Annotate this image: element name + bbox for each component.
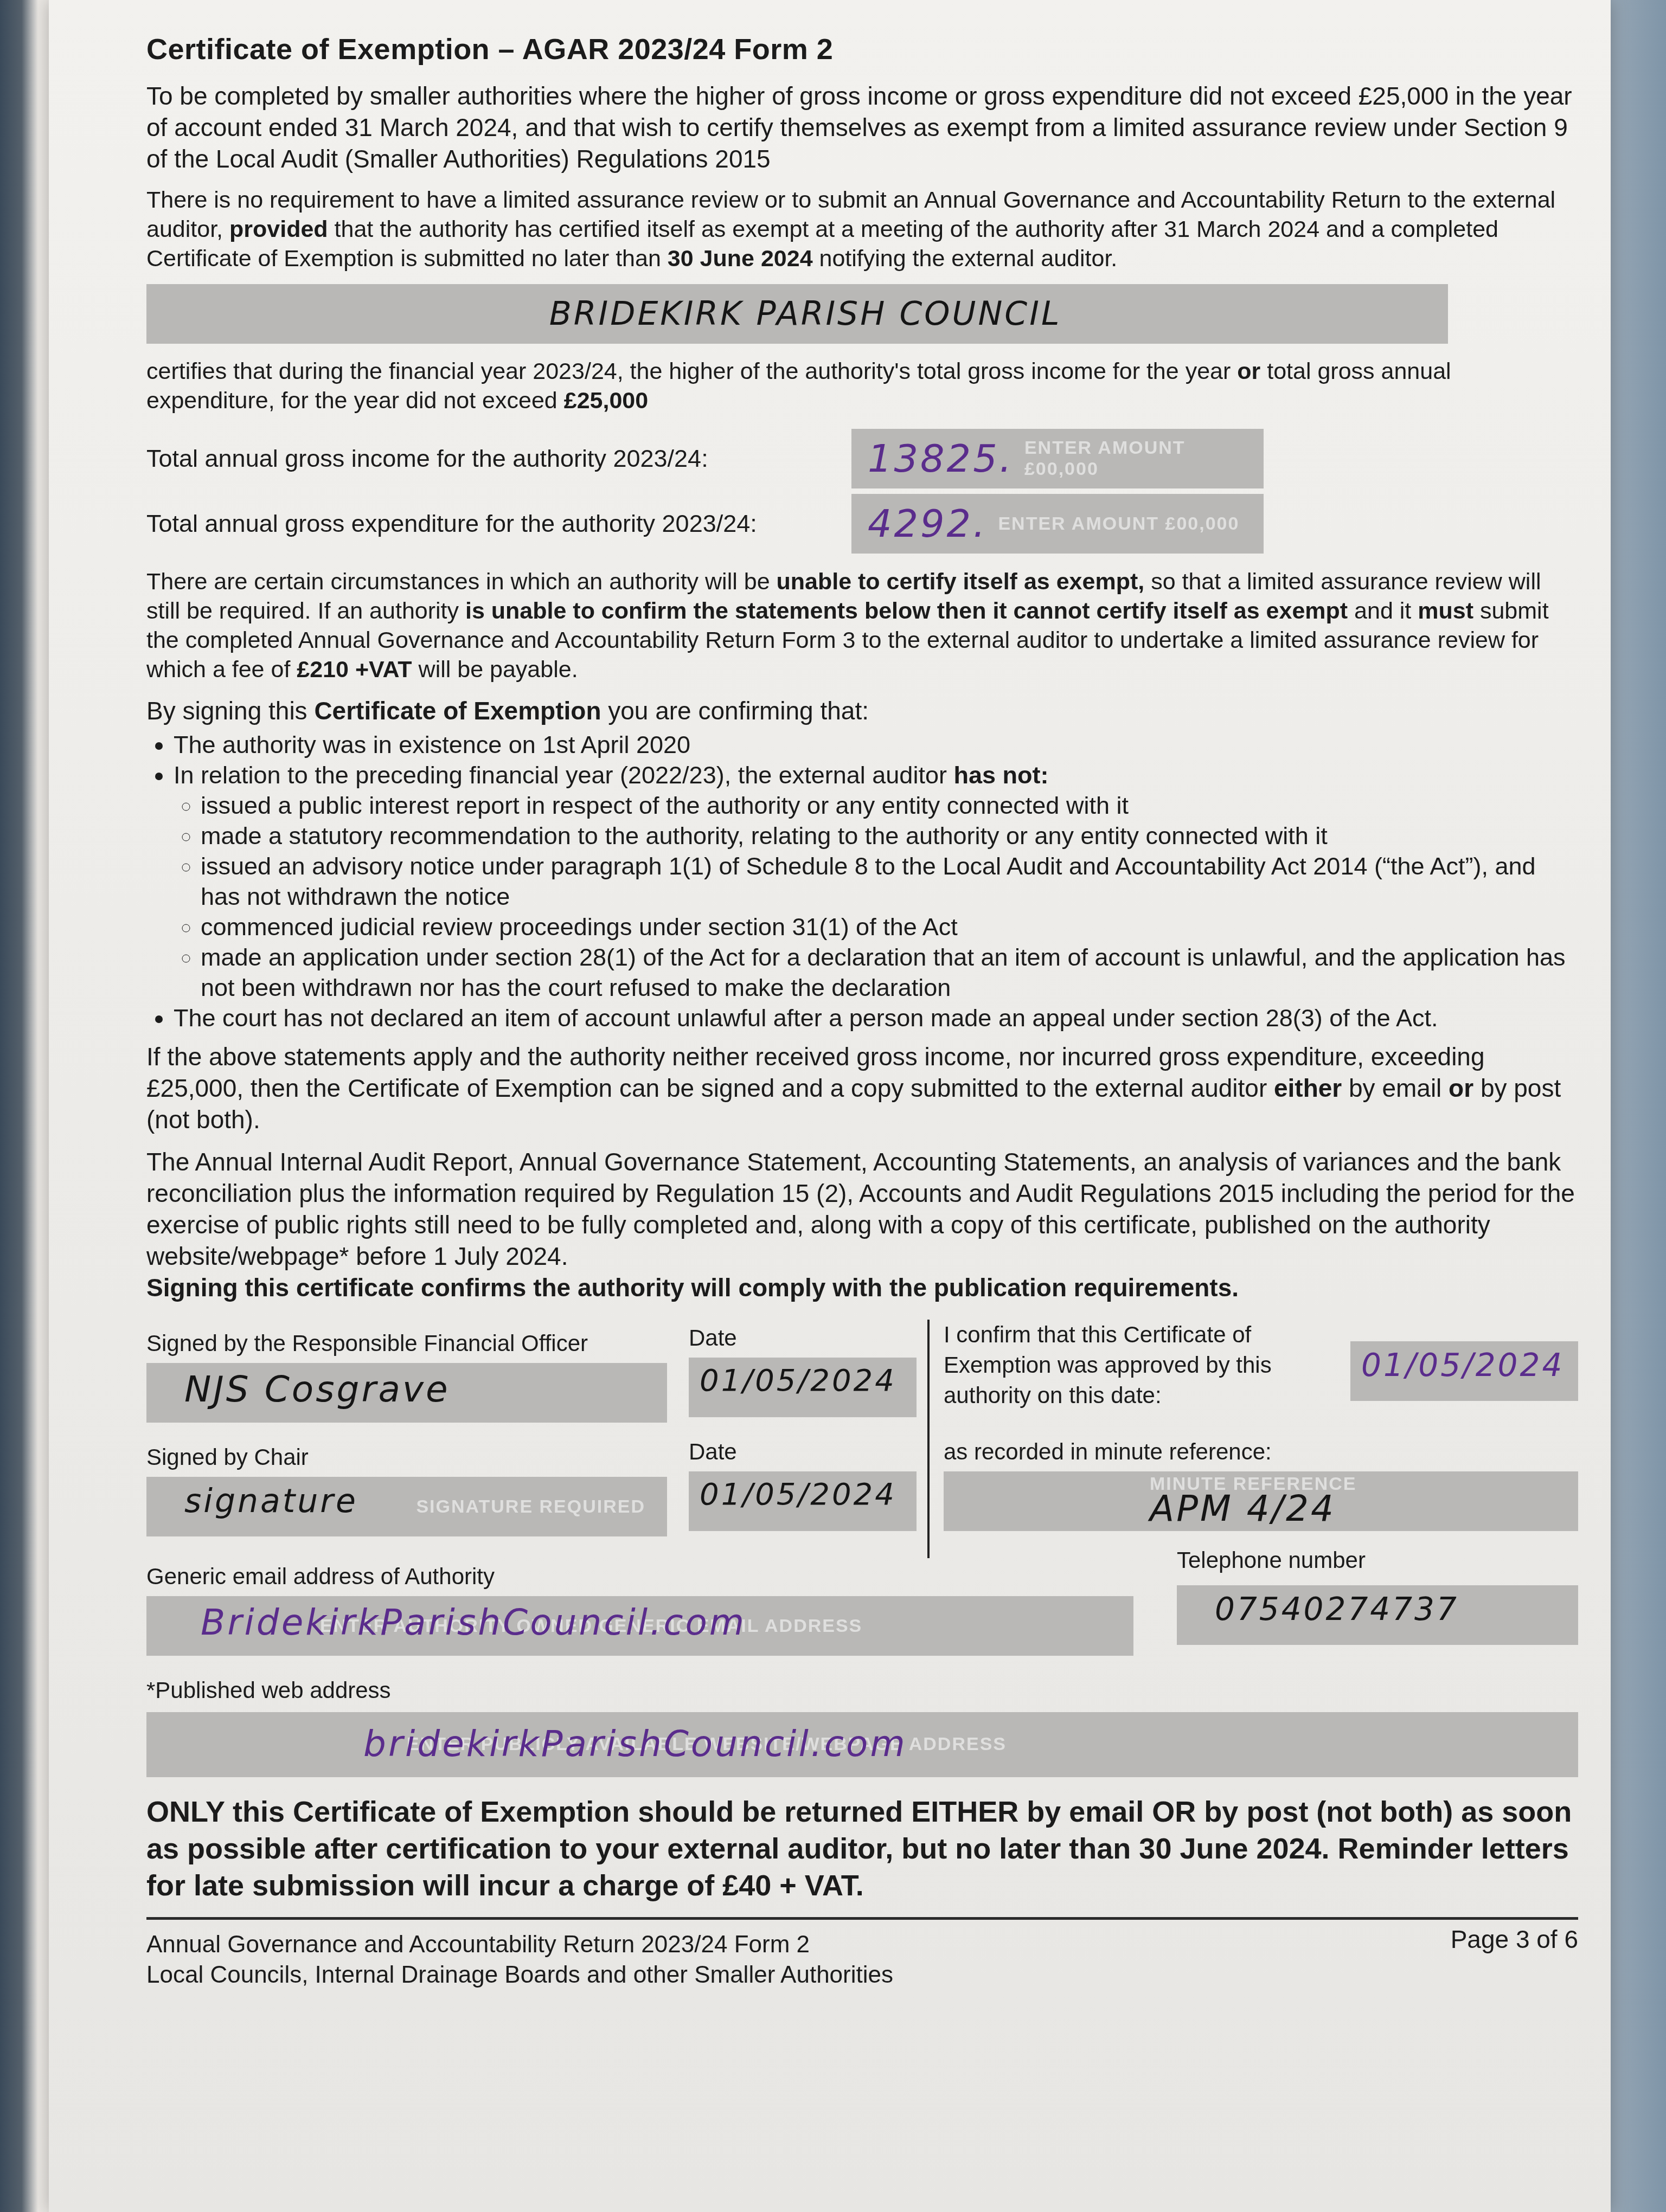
confirm-intro: By signing this Certificate of Exemption… bbox=[146, 695, 1578, 726]
chair-signature-field[interactable]: signature SIGNATURE REQUIRED bbox=[146, 1477, 667, 1536]
expenditure-row: Total annual gross expenditure for the a… bbox=[146, 491, 1578, 556]
minute-label: as recorded in minute reference: bbox=[944, 1439, 1272, 1465]
paper-sheet: Certificate of Exemption – AGAR 2023/24 … bbox=[49, 0, 1611, 2212]
chair-date-label: Date bbox=[689, 1439, 737, 1465]
rfo-signature: NJS Cosgrave bbox=[184, 1368, 450, 1410]
rfo-label: Signed by the Responsible Financial Offi… bbox=[146, 1330, 588, 1356]
minute-ref: APM 4/24 bbox=[1150, 1488, 1336, 1529]
page-number: Page 3 of 6 bbox=[1451, 1924, 1578, 1954]
auditor-sublist: issued a public interest report in respe… bbox=[174, 790, 1578, 1003]
publication-text: The Annual Internal Audit Report, Annual… bbox=[146, 1146, 1578, 1303]
approval-date-field[interactable]: 01/05/2024 bbox=[1350, 1341, 1578, 1401]
list-item: made a statutory recommendation to the a… bbox=[201, 821, 1578, 851]
list-item: The court has not declared an item of ac… bbox=[174, 1003, 1578, 1033]
footer-line-2: Local Councils, Internal Drainage Boards… bbox=[146, 1960, 1578, 1990]
chair-signature-placeholder: SIGNATURE REQUIRED bbox=[416, 1496, 645, 1517]
email-field[interactable]: ENTER AUTHORITY OWNED GENERIC EMAIL ADDR… bbox=[146, 1596, 1133, 1656]
circumstances-text: There are certain circumstances in which… bbox=[146, 567, 1578, 684]
approval-label: I confirm that this Certificate of Exemp… bbox=[944, 1320, 1291, 1411]
chair-signature: signature bbox=[184, 1482, 358, 1520]
income-placeholder: ENTER AMOUNT £00,000 bbox=[1024, 438, 1264, 480]
phone-value: 07540274737 bbox=[1215, 1591, 1459, 1628]
chair-date-field[interactable]: 01/05/2024 bbox=[689, 1471, 917, 1531]
rfo-date-field[interactable]: 01/05/2024 bbox=[689, 1358, 917, 1417]
certifies-text: certifies that during the financial year… bbox=[146, 357, 1578, 415]
email-value: BridekirkParishCouncil.com bbox=[201, 1602, 746, 1643]
income-value: 13825. bbox=[868, 436, 1014, 481]
rfo-date-label: Date bbox=[689, 1325, 737, 1351]
footer-line-1: Annual Governance and Accountability Ret… bbox=[146, 1930, 1578, 1960]
list-item: issued a public interest report in respe… bbox=[201, 790, 1578, 821]
requirement-text: There is no requirement to have a limite… bbox=[146, 185, 1578, 273]
authority-name-field[interactable]: BRIDEKIRK PARISH COUNCIL bbox=[146, 284, 1448, 344]
list-item: made an application under section 28(1) … bbox=[201, 942, 1578, 1003]
form-title: Certificate of Exemption – AGAR 2023/24 … bbox=[146, 33, 1578, 66]
list-item: issued an advisory notice under paragrap… bbox=[201, 851, 1578, 912]
chair-label: Signed by Chair bbox=[146, 1444, 309, 1470]
list-item: The authority was in existence on 1st Ap… bbox=[174, 730, 1578, 760]
footer-divider bbox=[146, 1917, 1578, 1920]
expenditure-placeholder: ENTER AMOUNT £00,000 bbox=[998, 513, 1239, 535]
income-label: Total annual gross income for the author… bbox=[146, 445, 851, 473]
expenditure-field[interactable]: 4292. ENTER AMOUNT £00,000 bbox=[851, 494, 1264, 554]
expenditure-value: 4292. bbox=[868, 501, 987, 546]
rfo-signature-field[interactable]: NJS Cosgrave bbox=[146, 1363, 667, 1423]
closing-note: ONLY this Certificate of Exemption shoul… bbox=[146, 1793, 1578, 1904]
intro-text: To be completed by smaller authorities w… bbox=[146, 80, 1578, 175]
column-divider bbox=[927, 1320, 930, 1558]
confirmation-list: The authority was in existence on 1st Ap… bbox=[146, 730, 1578, 1033]
web-address-field[interactable]: ENTER PUBLICLY AVAILABLE WEBSITE/WEBPAGE… bbox=[146, 1712, 1578, 1777]
authority-name-value: BRIDEKIRK PARISH COUNCIL bbox=[549, 295, 1062, 333]
phone-field[interactable]: 07540274737 bbox=[1177, 1585, 1578, 1645]
income-field[interactable]: 13825. ENTER AMOUNT £00,000 bbox=[851, 429, 1264, 488]
expenditure-label: Total annual gross expenditure for the a… bbox=[146, 510, 851, 538]
signature-section: Signed by the Responsible Financial Offi… bbox=[146, 1320, 1578, 1656]
web-label: *Published web address bbox=[146, 1677, 1578, 1703]
email-label: Generic email address of Authority bbox=[146, 1564, 495, 1590]
if-apply-text: If the above statements apply and the au… bbox=[146, 1041, 1578, 1135]
page-footer: Annual Governance and Accountability Ret… bbox=[146, 1930, 1578, 1990]
list-item: In relation to the preceding financial y… bbox=[174, 760, 1578, 1003]
phone-label: Telephone number bbox=[1177, 1547, 1366, 1573]
minute-ref-field[interactable]: MINUTE REFERENCE APM 4/24 bbox=[944, 1471, 1578, 1531]
web-value: bridekirkParishCouncil.com bbox=[363, 1723, 907, 1765]
approval-date: 01/05/2024 bbox=[1361, 1347, 1564, 1384]
form-content: Certificate of Exemption – AGAR 2023/24 … bbox=[146, 22, 1578, 1990]
income-row: Total annual gross income for the author… bbox=[146, 426, 1578, 491]
list-item: commenced judicial review proceedings un… bbox=[201, 912, 1578, 942]
rfo-date: 01/05/2024 bbox=[700, 1363, 896, 1398]
chair-date: 01/05/2024 bbox=[700, 1477, 896, 1512]
